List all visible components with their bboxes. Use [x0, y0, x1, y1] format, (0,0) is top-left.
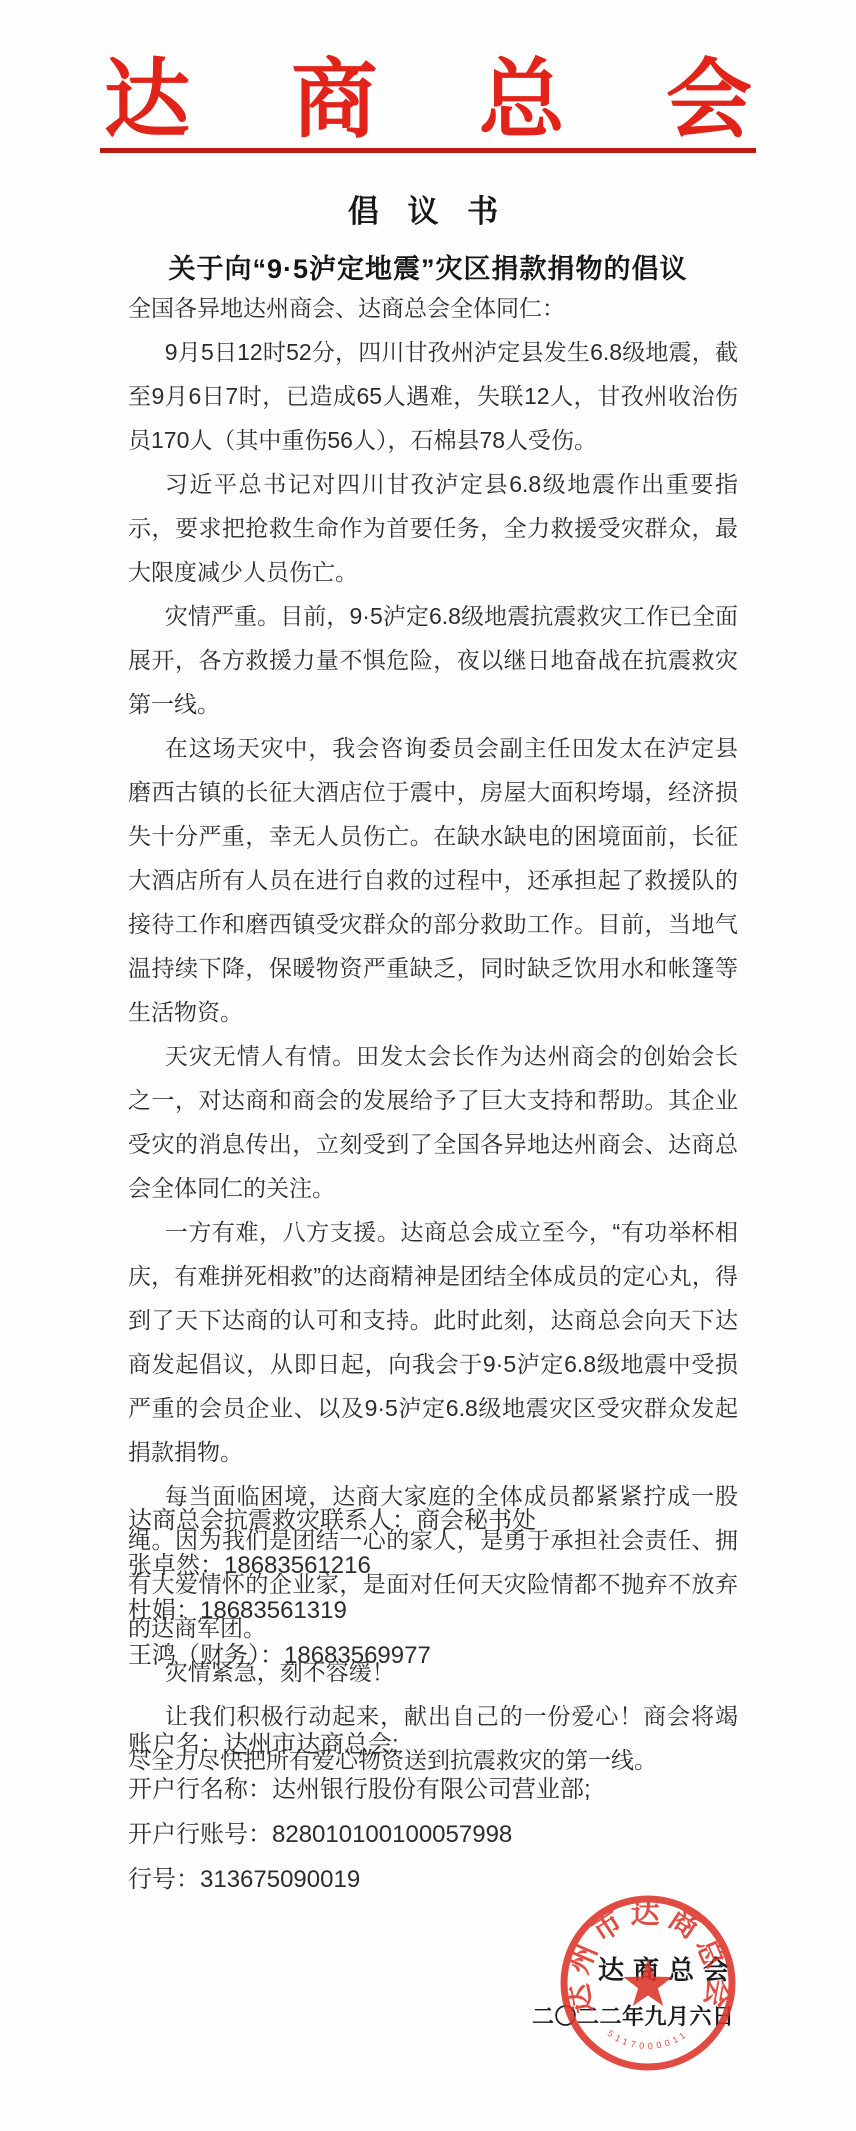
paragraph: 在这场天灾中，我会咨询委员会副主任田发太在泸定县磨西古镇的长征大酒店位于震中，房…: [128, 726, 738, 1034]
contact-heading: 达商总会抗震救灾联系人：商会秘书处: [128, 1498, 738, 1543]
account-label: 开户行名称：: [128, 1776, 272, 1803]
paragraph: 天灾无情人有情。田发太会长作为达州商会的创始会长之一，对达商和商会的发展给予了巨…: [128, 1034, 738, 1210]
contact-phone: 18683569977: [284, 1642, 431, 1669]
paragraph: 习近平总书记对四川甘孜泸定县6.8级地震作出重要指示，要求把抢救生命作为首要任务…: [128, 462, 738, 594]
document-page: 达 商 总 会 倡 议 书 关于向“9·5泸定地震”灾区捐款捐物的倡议 全国各异…: [0, 0, 856, 2131]
org-masthead: 达 商 总 会: [104, 54, 754, 146]
contact-phone: 18683561216: [224, 1552, 371, 1579]
paragraph: 灾情严重。目前，9·5泸定6.8级地震抗震救灾工作已全面展开，各方救援力量不惧危…: [128, 594, 738, 726]
account-value: 达州市达商总会;: [224, 1731, 399, 1758]
paragraph: 9月5日12时52分，四川甘孜州泸定县发生6.8级地震，截至9月6日7时，已造成…: [128, 330, 738, 462]
account-value: 达州银行股份有限公司营业部;: [272, 1776, 591, 1803]
account-line: 开户行名称：达州银行股份有限公司营业部;: [128, 1767, 738, 1812]
official-seal: 达州市达商总会 5117000011: [558, 1893, 738, 2073]
contact-line: 王鸿（财务）：18683569977: [128, 1633, 738, 1678]
contact-name: 张卓然：: [128, 1552, 224, 1579]
contact-line: 杜娟：18683561319: [128, 1588, 738, 1633]
seal-ring-text: 达州市达商总会: [560, 1897, 736, 2016]
svg-text:5117000011: 5117000011: [606, 2028, 691, 2051]
contact-line: 张卓然：18683561216: [128, 1543, 738, 1588]
contact-name: 王鸿（财务）：: [128, 1642, 284, 1669]
paragraph: 一方有难，八方支援。达商总会成立至今，“有功举杯相庆，有难拼死相救”的达商精神是…: [128, 1210, 738, 1474]
account-line: 开户行账号：828010100100057998: [128, 1812, 738, 1857]
svg-text:达州市达商总会: 达州市达商总会: [560, 1897, 736, 2016]
account-label: 开户行账号：: [128, 1821, 272, 1848]
account-line: 账户名：达州市达商总会;: [128, 1722, 738, 1767]
masthead-rule: [100, 148, 756, 153]
seal-code-text: 5117000011: [606, 2028, 691, 2051]
account-label: 账户名：: [128, 1731, 224, 1758]
account-label: 行号：: [128, 1866, 200, 1893]
account-value: 313675090019: [200, 1866, 360, 1893]
seal-star-icon: [623, 1959, 672, 2006]
doc-subtitle: 关于向“9·5泸定地震”灾区捐款捐物的倡议: [0, 247, 856, 286]
seal-graphic: 达州市达商总会 5117000011: [558, 1893, 738, 2073]
doc-title: 倡 议 书: [0, 186, 856, 231]
account-value: 828010100100057998: [272, 1821, 512, 1848]
bank-account-block: 账户名：达州市达商总会; 开户行名称：达州银行股份有限公司营业部; 开户行账号：…: [128, 1722, 738, 1902]
contact-name: 杜娟：: [128, 1597, 200, 1624]
contact-block: 达商总会抗震救灾联系人：商会秘书处 张卓然：18683561216 杜娟：186…: [128, 1498, 738, 1678]
contact-phone: 18683561319: [200, 1597, 347, 1624]
salutation-line: 全国各异地达州商会、达商总会全体同仁：: [128, 286, 738, 330]
